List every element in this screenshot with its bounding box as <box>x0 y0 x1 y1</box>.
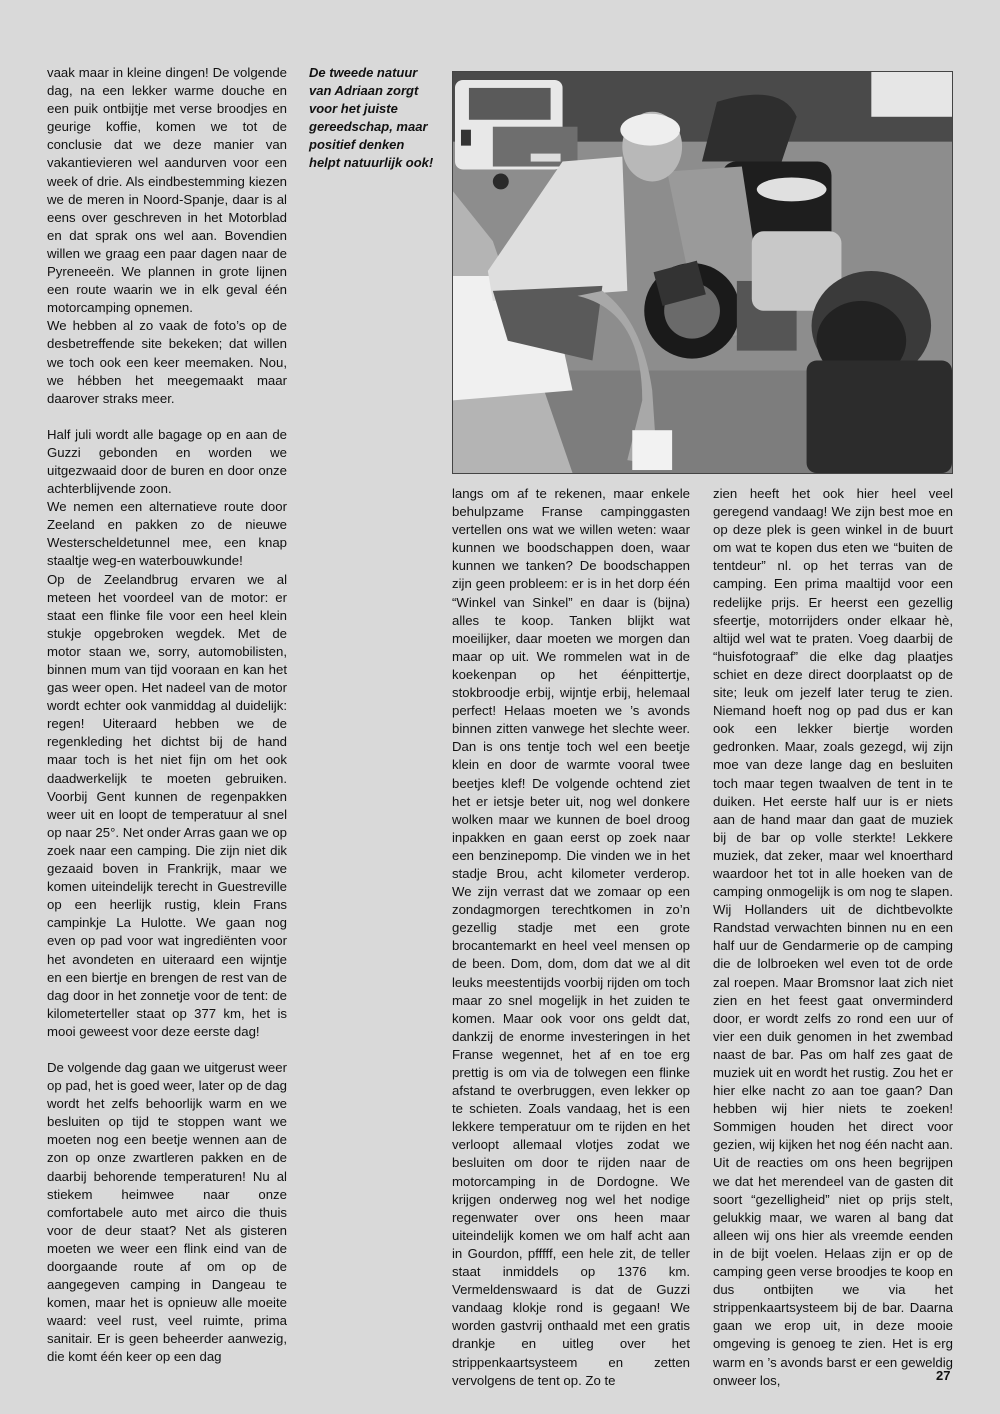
caption-line: gereedschap, maar <box>309 118 444 136</box>
paragraph: Half juli wordt alle bagage op en aan de… <box>47 426 287 498</box>
article-column-2: langs om af te rekenen, maar enkele behu… <box>452 485 690 1390</box>
caption-line: positief denken <box>309 136 444 154</box>
article-column-1: vaak maar in kleine dingen! De volgende … <box>47 64 287 1367</box>
caption-line: helpt natuurlijk ook! <box>309 154 444 172</box>
paragraph: vaak maar in kleine dingen! De volgende … <box>47 64 287 317</box>
caption-line: voor het juiste <box>309 100 444 118</box>
caption-line: De tweede natuur <box>309 64 444 82</box>
paragraph: Op de Zeelandbrug ervaren we al meteen h… <box>47 571 287 1041</box>
page-number: 27 <box>936 1368 950 1383</box>
paragraph: We hebben al zo vaak de foto’s op de des… <box>47 317 287 407</box>
article-photo <box>452 71 953 474</box>
paragraph: De volgende dag gaan we uitgerust weer o… <box>47 1059 287 1367</box>
article-column-3: zien heeft het ook hier heel veel gerege… <box>713 485 953 1390</box>
paragraph: We nemen een alternatieve route door Zee… <box>47 498 287 570</box>
photo-caption: De tweede natuur van Adriaan zorgt voor … <box>309 64 444 173</box>
motorcycle-photo-illustration <box>453 72 952 473</box>
paragraph: zien heeft het ook hier heel veel gerege… <box>713 485 953 1390</box>
caption-line: van Adriaan zorgt <box>309 82 444 100</box>
paragraph: langs om af te rekenen, maar enkele behu… <box>452 485 690 1390</box>
